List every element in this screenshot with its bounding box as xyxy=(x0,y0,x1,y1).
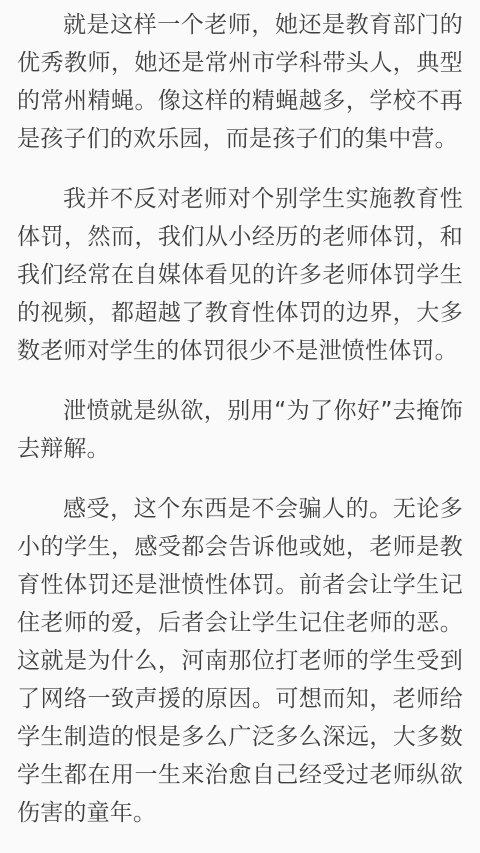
article-page: 就是这样一个老师，她还是教育部门的优秀教师，她还是常州市学科带头人，典型的常州精… xyxy=(0,0,480,853)
article-paragraph-2: 我并不反对老师对个别学生实施教育性体罚，然而，我们从小经历的老师体罚，和我们经常… xyxy=(17,180,463,370)
article-paragraph-4: 感受，这个东西是不会骗人的。无论多小的学生，感受都会告诉他或她，老师是教育性体罚… xyxy=(17,490,463,832)
article-paragraph-1: 就是这样一个老师，她还是教育部门的优秀教师，她还是常州市学科带头人，典型的常州精… xyxy=(17,6,463,158)
article-paragraph-3: 泄愤就是纵欲，别用“为了你好”去掩饰去辩解。 xyxy=(17,392,463,468)
